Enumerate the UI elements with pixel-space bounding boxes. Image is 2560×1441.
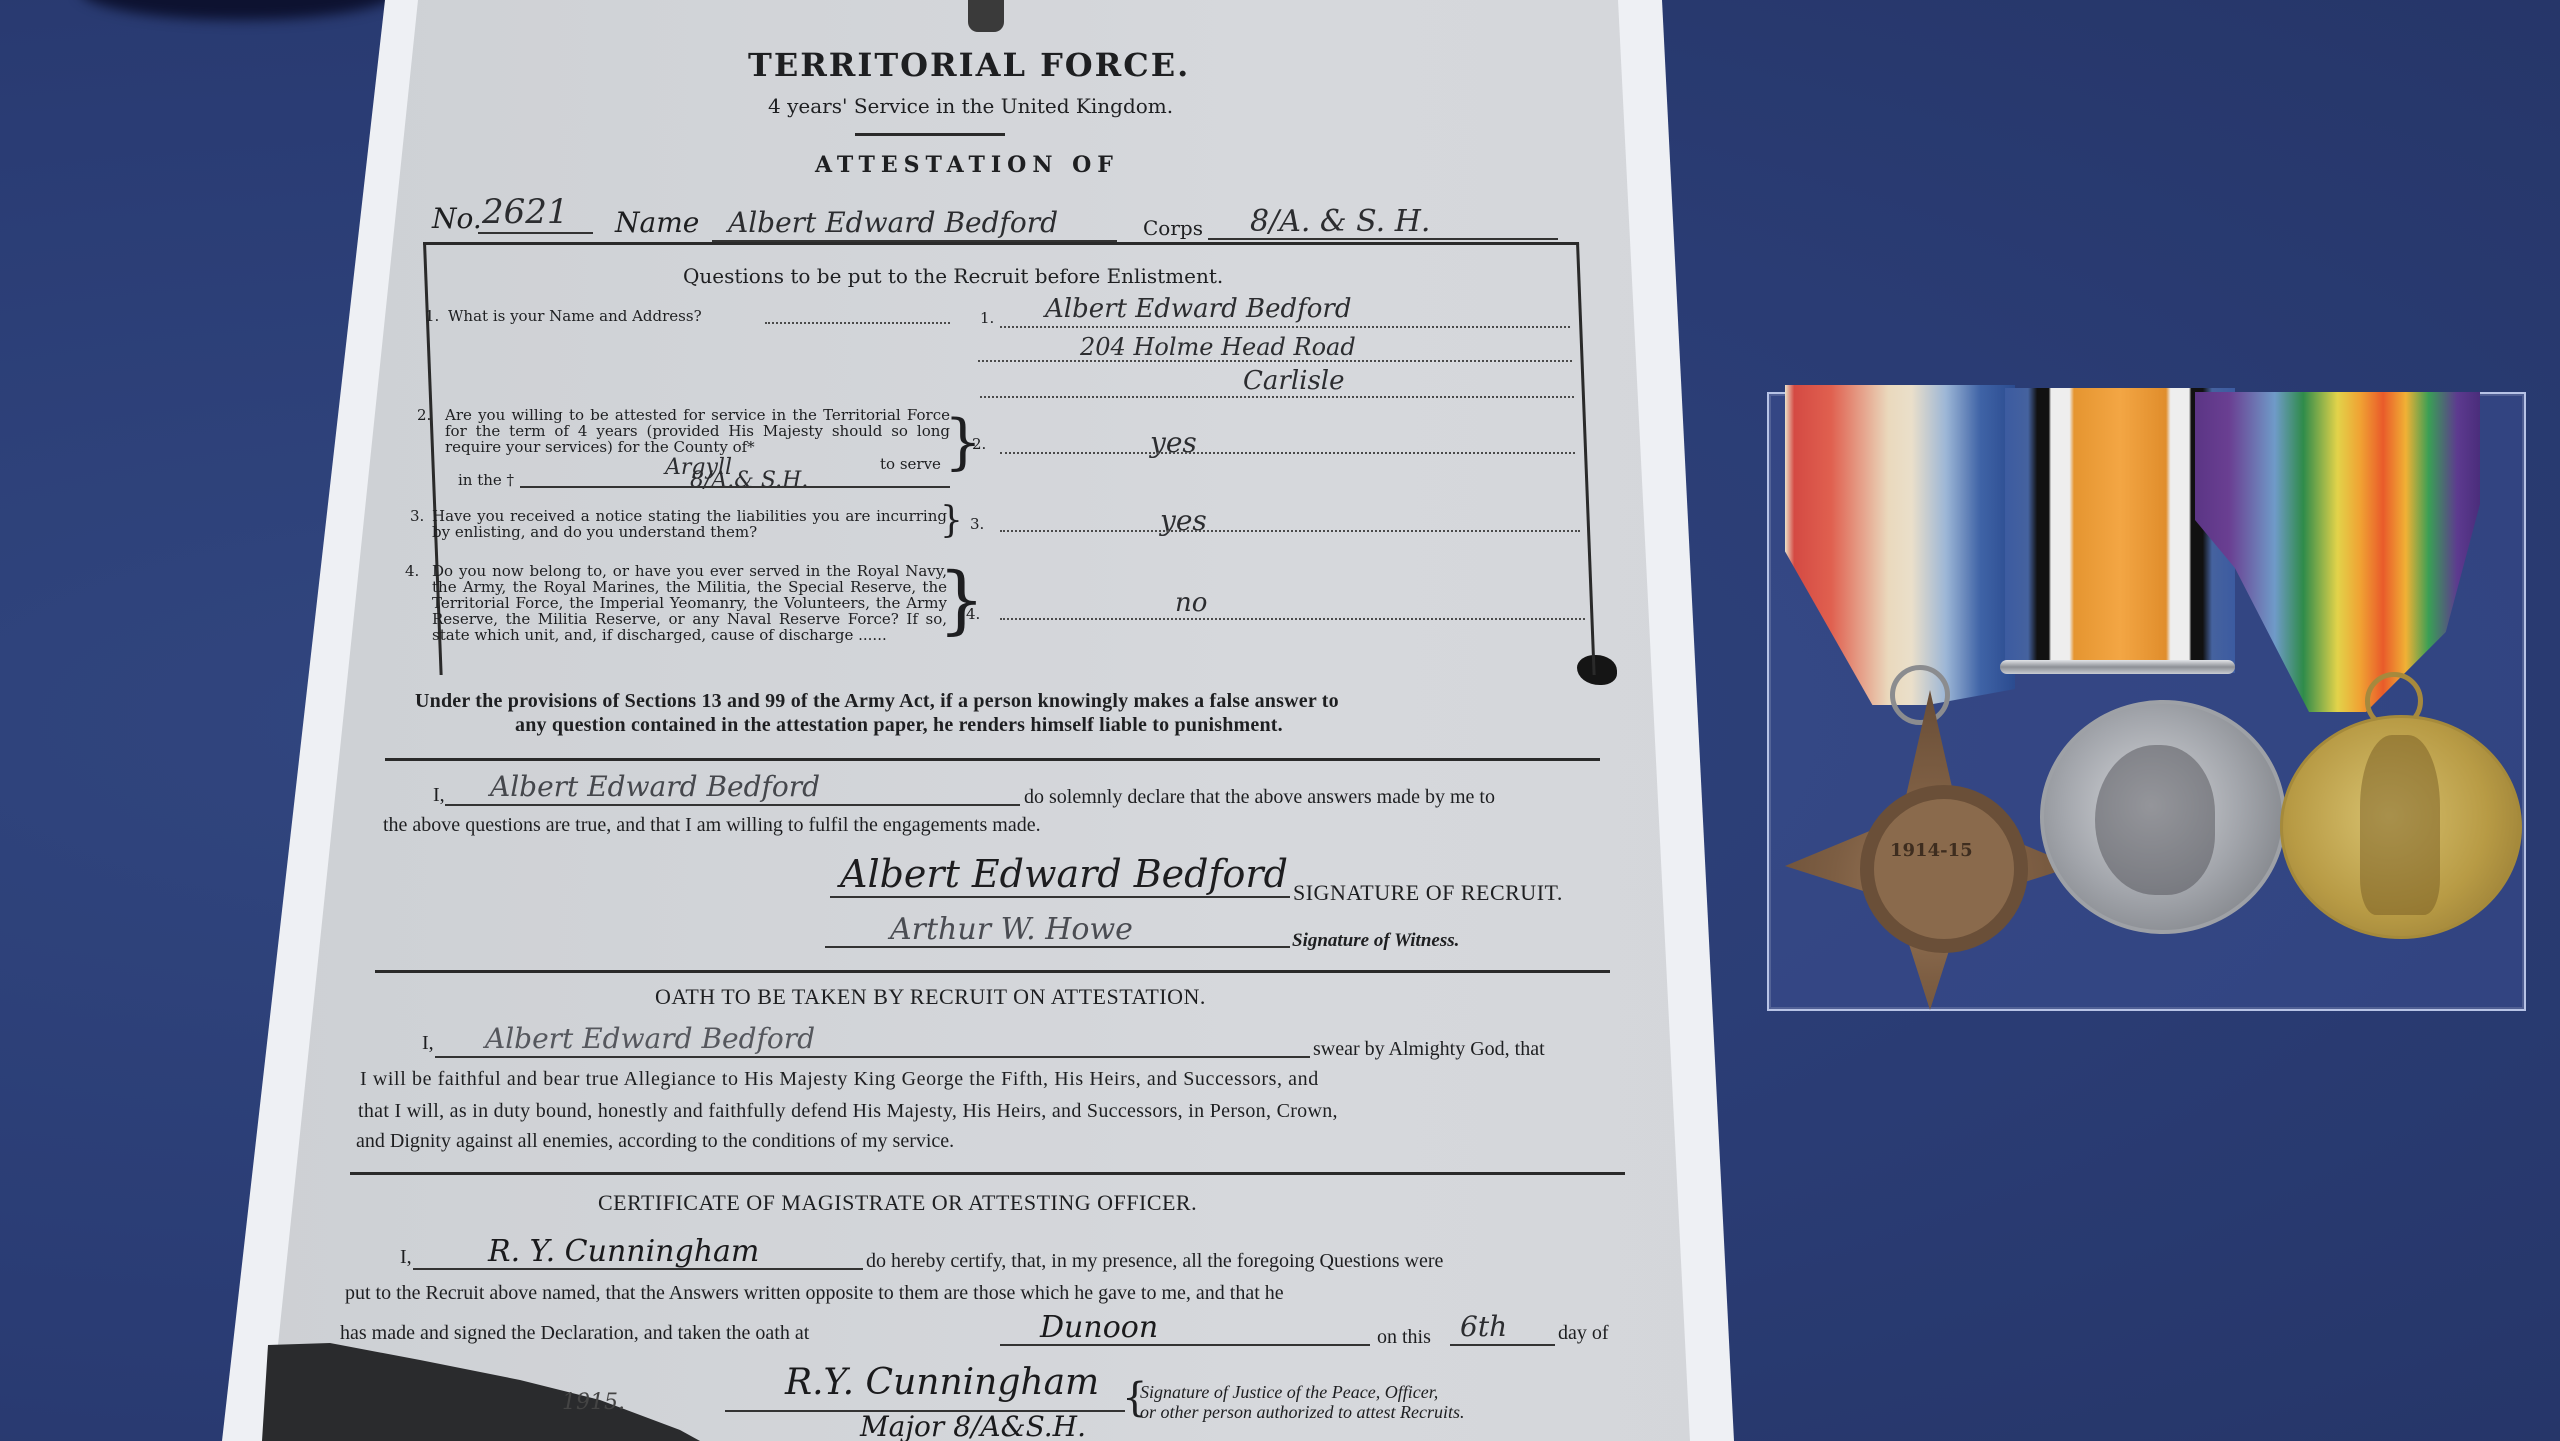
corps-value: 8/A. & S. H. — [1250, 204, 1430, 239]
divider — [855, 133, 1005, 136]
on-this-label: on this — [1377, 1326, 1431, 1349]
name-value: Albert Edward Bedford — [728, 206, 1058, 239]
oath-place-line — [1000, 1344, 1370, 1346]
declaration-prefix: I, — [433, 784, 445, 807]
recruit-signature: Albert Edward Bedford — [840, 852, 1288, 896]
answer-4-number: 4. — [966, 606, 980, 623]
answer-1-line1: Albert Edward Bedford — [1045, 294, 1351, 324]
answer-2-dots — [1000, 452, 1575, 454]
attestation-heading: ATTESTATION OF — [815, 152, 1119, 178]
warning-line-2: any question contained in the attestatio… — [515, 714, 1283, 737]
certificate-name: R. Y. Cunningham — [488, 1234, 759, 1269]
divider — [350, 1172, 1625, 1175]
corps-underline — [1208, 238, 1558, 240]
royal-crest-icon — [968, 0, 1004, 32]
answer-1-number: 1. — [980, 310, 994, 327]
oath-heading: OATH TO BE TAKEN BY RECRUIT ON ATTESTATI… — [655, 984, 1206, 1010]
declaration-name-line — [445, 804, 1020, 806]
oath-year: 1915. — [562, 1390, 625, 1415]
oath-day: 6th — [1460, 1310, 1507, 1343]
oath-name-line — [435, 1056, 1310, 1058]
witness-signature: Arthur W. Howe — [890, 912, 1133, 947]
question-2-serve-in-label: in the † — [458, 472, 514, 489]
document-title: TERRITORIAL FORCE. — [748, 46, 1190, 84]
officer-label-line-1: Signature of Justice of the Peace, Offic… — [1140, 1382, 1438, 1403]
answer-2-number: 2. — [972, 436, 986, 453]
oath-day-line — [1450, 1344, 1555, 1346]
divider — [375, 970, 1610, 973]
declaration-name: Albert Edward Bedford — [490, 770, 820, 803]
answer-1-line3: Carlisle — [1243, 366, 1345, 396]
no-value: 2621 — [482, 192, 569, 232]
recruit-signature-label: SIGNATURE OF RECRUIT. — [1293, 880, 1563, 906]
certificate-prefix: I, — [400, 1246, 412, 1269]
officer-signature: R.Y. Cunningham — [785, 1362, 1099, 1403]
no-label: No. — [432, 202, 482, 235]
answer-1-line2-dots — [978, 360, 1572, 362]
no-underline — [478, 232, 593, 234]
winged-victory-icon — [2360, 735, 2440, 915]
certificate-line-1-end: do hereby certify, that, in my presence,… — [866, 1250, 1443, 1273]
oath-line-4: and Dignity against all enemies, accordi… — [356, 1130, 954, 1153]
medal-name: Victory Medal — [2290, 720, 2358, 731]
answer-3: yes — [1160, 504, 1207, 537]
witness-signature-line — [825, 946, 1290, 948]
oath-name: Albert Edward Bedford — [485, 1022, 815, 1055]
oath-prefix: I, — [422, 1032, 434, 1055]
recruit-signature-line — [830, 896, 1290, 898]
question-4-number: 4. — [405, 563, 419, 580]
corps-label: Corps — [1143, 216, 1203, 240]
answer-1-line2: 204 Holme Head Road — [1080, 333, 1356, 361]
oath-line-1-end: swear by Almighty God, that — [1313, 1038, 1545, 1061]
star-suspension-ring — [1890, 665, 1950, 725]
answer-3-dots — [1000, 530, 1580, 532]
star-inscription: 1914-15 — [1890, 840, 1973, 861]
oath-place: Dunoon — [1040, 1310, 1158, 1345]
answer-4: no — [1175, 588, 1207, 618]
certificate-line-3-start: has made and signed the Declaration, and… — [340, 1322, 809, 1345]
oath-line-2: I will be faithful and bear true Allegia… — [360, 1068, 1319, 1091]
question-3-brace: } — [940, 500, 963, 541]
officer-label-line-2: or other person authorized to attest Rec… — [1140, 1402, 1464, 1423]
question-3-number: 3. — [410, 508, 424, 525]
name-label: Name — [615, 206, 699, 239]
answer-4-dots — [1000, 618, 1585, 620]
question-4-text: Do you now belong to, or have you ever s… — [432, 563, 947, 643]
medal-name: 1914-15 Star — [1800, 690, 1865, 701]
question-4-brace: } — [938, 550, 985, 650]
question-1-text: What is your Name and Address? — [448, 308, 702, 325]
answer-1-line3-dots — [980, 396, 1574, 398]
day-of-label: day of — [1558, 1322, 1609, 1345]
questions-heading: Questions to be put to the Recruit befor… — [683, 264, 1223, 288]
question-2-serve-label: to serve — [880, 456, 941, 473]
question-1-leader — [765, 322, 950, 324]
declaration-text-2: the above questions are true, and that I… — [383, 814, 1041, 837]
king-bust-icon — [2095, 745, 2215, 895]
answer-2: yes — [1150, 426, 1197, 459]
warning-line-1: Under the provisions of Sections 13 and … — [415, 690, 1339, 713]
certificate-heading: CERTIFICATE OF MAGISTRATE OR ATTESTING O… — [598, 1190, 1197, 1216]
medal-name: British War Medal — [2045, 705, 2133, 716]
british-war-medal-suspender — [2000, 660, 2235, 674]
wreath-icon — [1860, 785, 2028, 953]
officer-rank: Major 8/A&S.H. — [860, 1410, 1086, 1441]
document-subtitle: 4 years' Service in the United Kingdom. — [768, 94, 1173, 118]
answer-1-line1-dots — [1000, 326, 1570, 328]
witness-signature-label: Signature of Witness. — [1292, 930, 1459, 952]
question-2-number: 2. — [417, 407, 431, 424]
medal-inscription: GEORGIVS V BRITT: OMN: REX ET IND: IMP: — [2045, 720, 2260, 731]
question-3-text: Have you received a notice stating the l… — [432, 508, 947, 540]
question-2-serve-in-line — [520, 486, 950, 488]
oath-line-3: that I will, as in duty bound, honestly … — [358, 1100, 1338, 1123]
certificate-line-2: put to the Recruit above named, that the… — [345, 1282, 1284, 1305]
declaration-text-1: do solemnly declare that the above answe… — [1024, 786, 1495, 809]
divider — [385, 758, 1600, 761]
question-2-text: Are you willing to be attested for servi… — [445, 407, 950, 455]
certificate-name-line — [413, 1268, 863, 1270]
answer-3-number: 3. — [970, 516, 984, 533]
question-2-serve-in-value: 8/A.& S.H. — [690, 468, 808, 493]
question-1-number: 1. — [425, 308, 439, 325]
